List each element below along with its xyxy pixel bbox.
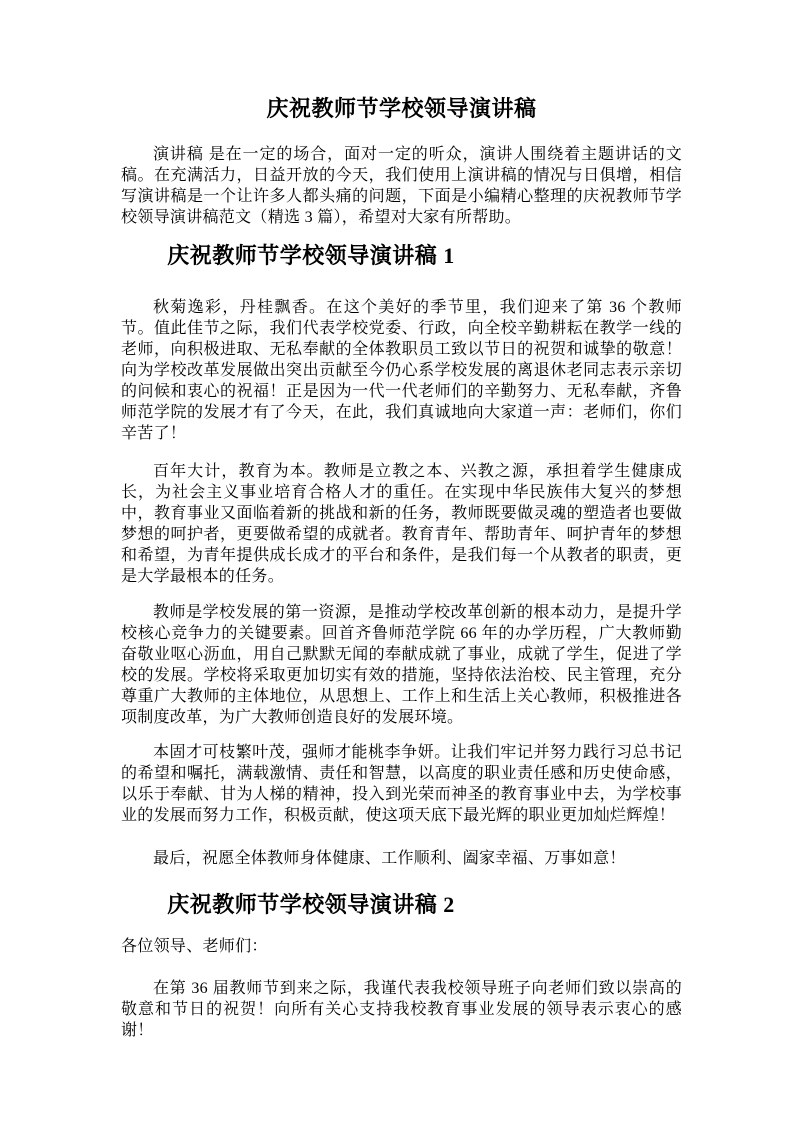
section-1-paragraph-4: 本固才可枝繁叶茂，强师才能桃李争妍。让我们牢记并努力践行习总书记的希望和嘱托，满… (121, 742, 682, 826)
document-title: 庆祝教师节学校领导演讲稿 (121, 94, 682, 124)
section-1-heading: 庆祝教师节学校领导演讲稿 1 (121, 241, 682, 271)
section-2-salutation: 各位领导、老师们： (121, 936, 682, 957)
section-2-heading: 庆祝教师节学校领导演讲稿 2 (121, 890, 682, 920)
document-page: 庆祝教师节学校领导演讲稿 演讲稿 是在一定的场合，面对一定的听众，演讲人围绕着主… (0, 0, 793, 1122)
section-1-paragraph-1: 秋菊逸彩，丹桂飘香。在这个美好的季节里，我们迎来了第 36 个教师节。值此佳节之… (121, 297, 682, 444)
section-2-paragraph-1: 在第 36 届教师节到来之际，我谨代表我校领导班子向老师们致以崇高的敬意和节日的… (121, 978, 682, 1041)
section-1-paragraph-3: 教师是学校发展的第一资源，是推动学校改革创新的根本动力，是提升学校核心竞争力的关… (121, 602, 682, 728)
section-1-paragraph-2: 百年大计，教育为本。教师是立教之本、兴教之源，承担着学生健康成长，为社会主义事业… (121, 461, 682, 587)
intro-paragraph: 演讲稿 是在一定的场合，面对一定的听众，演讲人围绕着主题讲话的文稿。在充满活力，… (121, 144, 682, 228)
document-content: 庆祝教师节学校领导演讲稿 演讲稿 是在一定的场合，面对一定的听众，演讲人围绕着主… (121, 0, 682, 1041)
section-1-closing-wish: 最后，祝愿全体教师身体健康、工作顺利、阖家幸福、万事如意！ (121, 848, 682, 869)
